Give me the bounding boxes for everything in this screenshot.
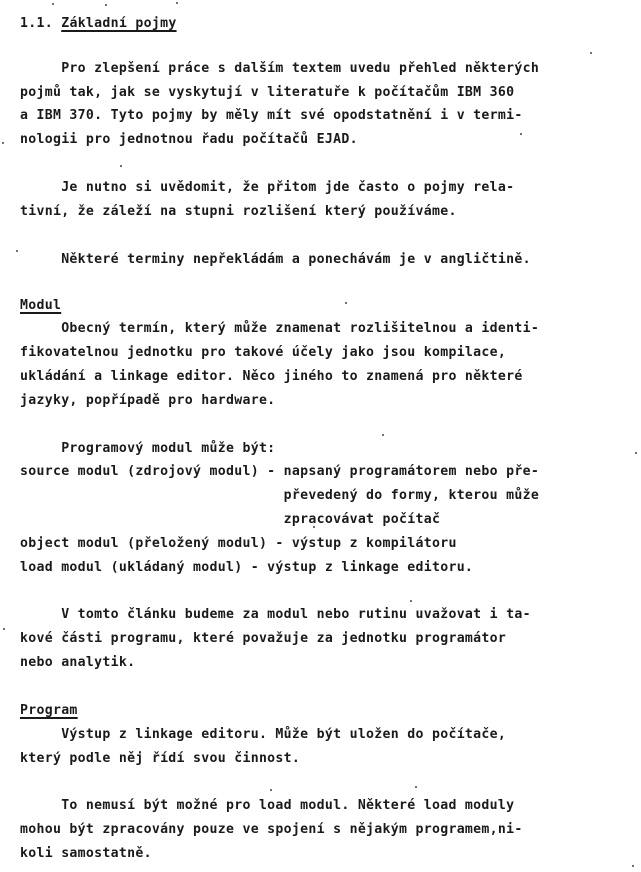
intro-line-3: a IBM 370. Tyto pojmy by měly mít své op…	[20, 108, 523, 124]
modul-heading: Modul	[20, 298, 61, 314]
load-note-line-1: To nemusí být možné pro load modul. Někt…	[20, 798, 514, 814]
scan-speck	[410, 600, 412, 602]
section-heading: 1.1. Základní pojmy	[20, 16, 177, 32]
load-note-line-2: mohou být zpracovány pouze ve spojení s …	[20, 822, 523, 838]
typewritten-page: 1.1. Základní pojmy Pro zlepšení práce s…	[0, 0, 641, 872]
scan-speck	[632, 865, 634, 867]
scan-speck	[2, 142, 4, 144]
intro-line-2: pojmů tak, jak se vyskytují v literatuře…	[20, 85, 514, 101]
module-type-load: load modul (ukládaný modul) - výstup z l…	[20, 560, 473, 576]
modul-line-4: jazyky, popřípadě pro hardware.	[20, 393, 275, 409]
scan-speck	[3, 628, 5, 630]
scan-speck	[345, 302, 347, 304]
scan-speck	[176, 2, 178, 4]
scope-line-2: kové části programu, které považuje za j…	[20, 631, 506, 647]
program-line-1: Výstup z linkage editoru. Může být ulože…	[20, 727, 506, 743]
module-type-source-cont-2: zpracovávat počítač	[20, 512, 440, 528]
intro-line-1: Pro zlepšení práce s dalším textem uvedu…	[20, 61, 539, 77]
program-line-2: který podle něj řídí svou činnost.	[20, 751, 300, 767]
english-line-1: Některé terminy nepřekládám a ponechávám…	[20, 252, 531, 268]
relative-line-1: Je nutno si uvědomit, že přitom jde čast…	[20, 180, 514, 196]
intro-line-4: nologii pro jednotnou řadu počítačů EJAD…	[20, 132, 358, 148]
module-type-source-cont-1: převedený do formy, kterou může	[20, 488, 539, 504]
scope-line-3: nebo analytik.	[20, 655, 135, 671]
scan-speck	[635, 452, 637, 454]
scan-speck	[415, 786, 417, 788]
section-title: Základní pojmy	[61, 16, 176, 31]
scan-speck	[382, 434, 384, 436]
module-type-source: source modul (zdrojový modul) - napsaný …	[20, 464, 539, 480]
modul-line-2: fikovatelnou jednotku pro takové účely j…	[20, 345, 506, 361]
relative-line-2: tivní, že záleží na stupni rozlišení kte…	[20, 204, 457, 220]
section-number: 1.1.	[20, 16, 53, 31]
scan-speck	[313, 526, 315, 528]
modul-line-1: Obecný termín, který může znamenat rozli…	[20, 321, 539, 337]
scan-speck	[105, 4, 107, 6]
program-heading: Program	[20, 703, 78, 719]
scan-speck	[16, 250, 18, 252]
module-types-intro: Programový modul může být:	[20, 441, 275, 457]
modul-line-3: ukládání a linkage editor. Něco jiného t…	[20, 369, 523, 385]
load-note-line-3: koli samostatně.	[20, 846, 152, 862]
module-type-object: object modul (přeložený modul) - výstup …	[20, 536, 457, 552]
scan-speck	[590, 52, 592, 54]
scope-line-1: V tomto článku budeme za modul nebo ruti…	[20, 607, 531, 623]
scan-speck	[52, 3, 54, 5]
scan-speck	[120, 165, 122, 167]
scan-speck	[520, 133, 522, 135]
scan-speck	[270, 789, 272, 791]
